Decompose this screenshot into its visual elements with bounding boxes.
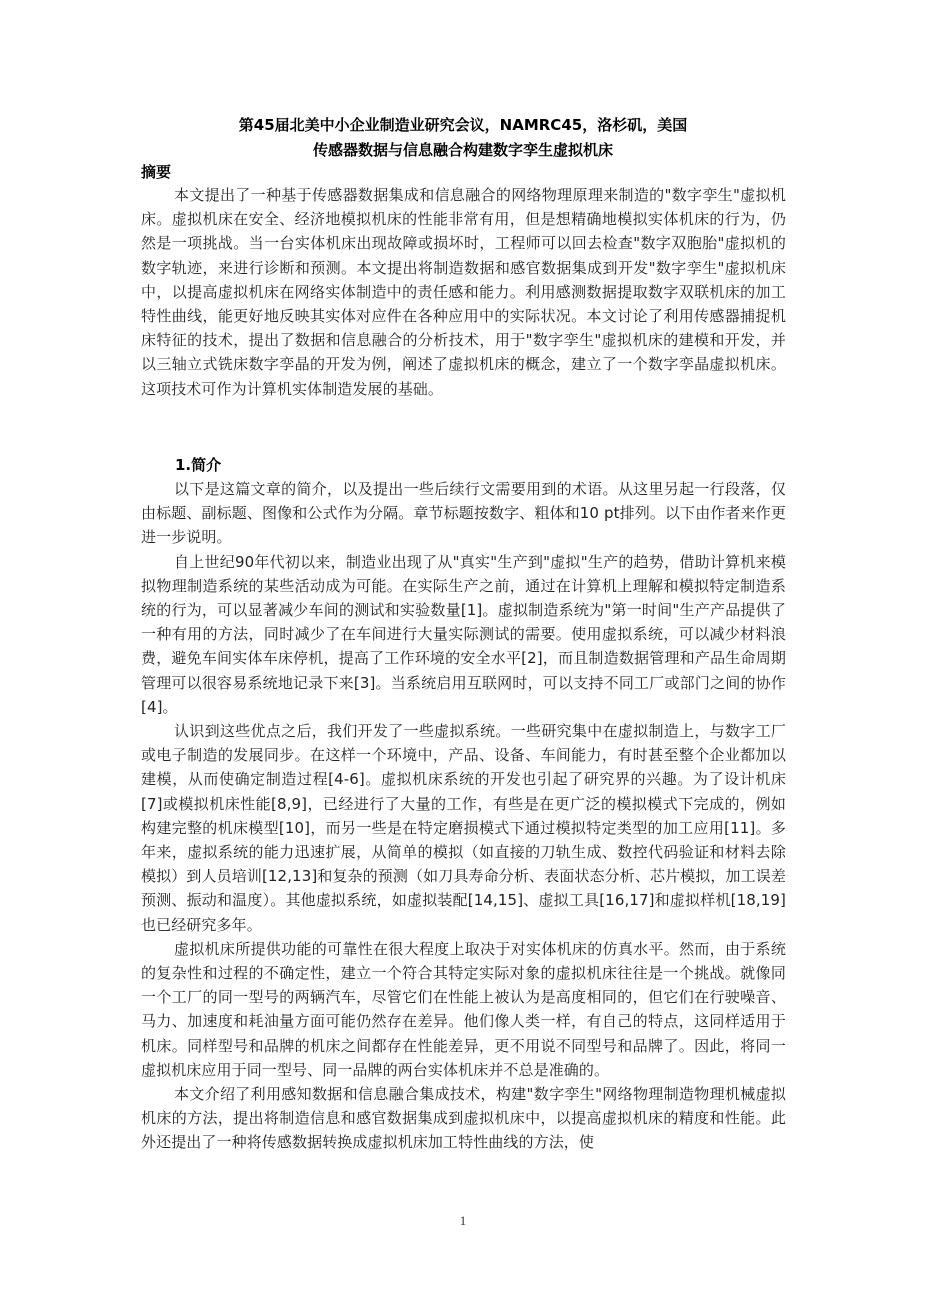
conference-header: 第45届北美中小企业制造业研究会议，NAMRC45，洛杉矶，美国 — [0, 114, 926, 136]
abstract-body: 本文提出了一种基于传感器数据集成和信息融合的网络物理原理来制造的"数字孪生"虚拟… — [141, 183, 786, 401]
abstract-paragraph: 本文提出了一种基于传感器数据集成和信息融合的网络物理原理来制造的"数字孪生"虚拟… — [141, 183, 786, 401]
document-page: 第45届北美中小企业制造业研究会议，NAMRC45，洛杉矶，美国 传感器数据与信… — [0, 0, 926, 1309]
intro-paragraph-1: 以下是这篇文章的简介，以及提出一些后续行文需要用到的术语。从这里另起一行段落，仅… — [141, 477, 786, 550]
introduction-body: 以下是这篇文章的简介，以及提出一些后续行文需要用到的术语。从这里另起一行段落，仅… — [141, 477, 786, 1155]
intro-paragraph-4: 虚拟机床所提供功能的可靠性在很大程度上取决于对实体机床的仿真水平。然而，由于系统… — [141, 937, 786, 1082]
intro-paragraph-3: 认识到这些优点之后，我们开发了一些虚拟系统。一些研究集中在虚拟制造上，与数字工厂… — [141, 719, 786, 937]
paper-title: 传感器数据与信息融合构建数字孪生虚拟机床 — [0, 139, 926, 161]
abstract-heading: 摘要 — [141, 161, 171, 183]
intro-paragraph-5: 本文介绍了利用感知数据和信息融合集成技术，构建"数字孪生"网络物理制造物理机械虚… — [141, 1082, 786, 1155]
intro-paragraph-2: 自上世纪90年代初以来，制造业出现了从"真实"生产到"虚拟"生产的趋势，借助计算… — [141, 550, 786, 719]
introduction-heading: 1.简介 — [175, 454, 221, 476]
page-number: 1 — [0, 1213, 926, 1229]
